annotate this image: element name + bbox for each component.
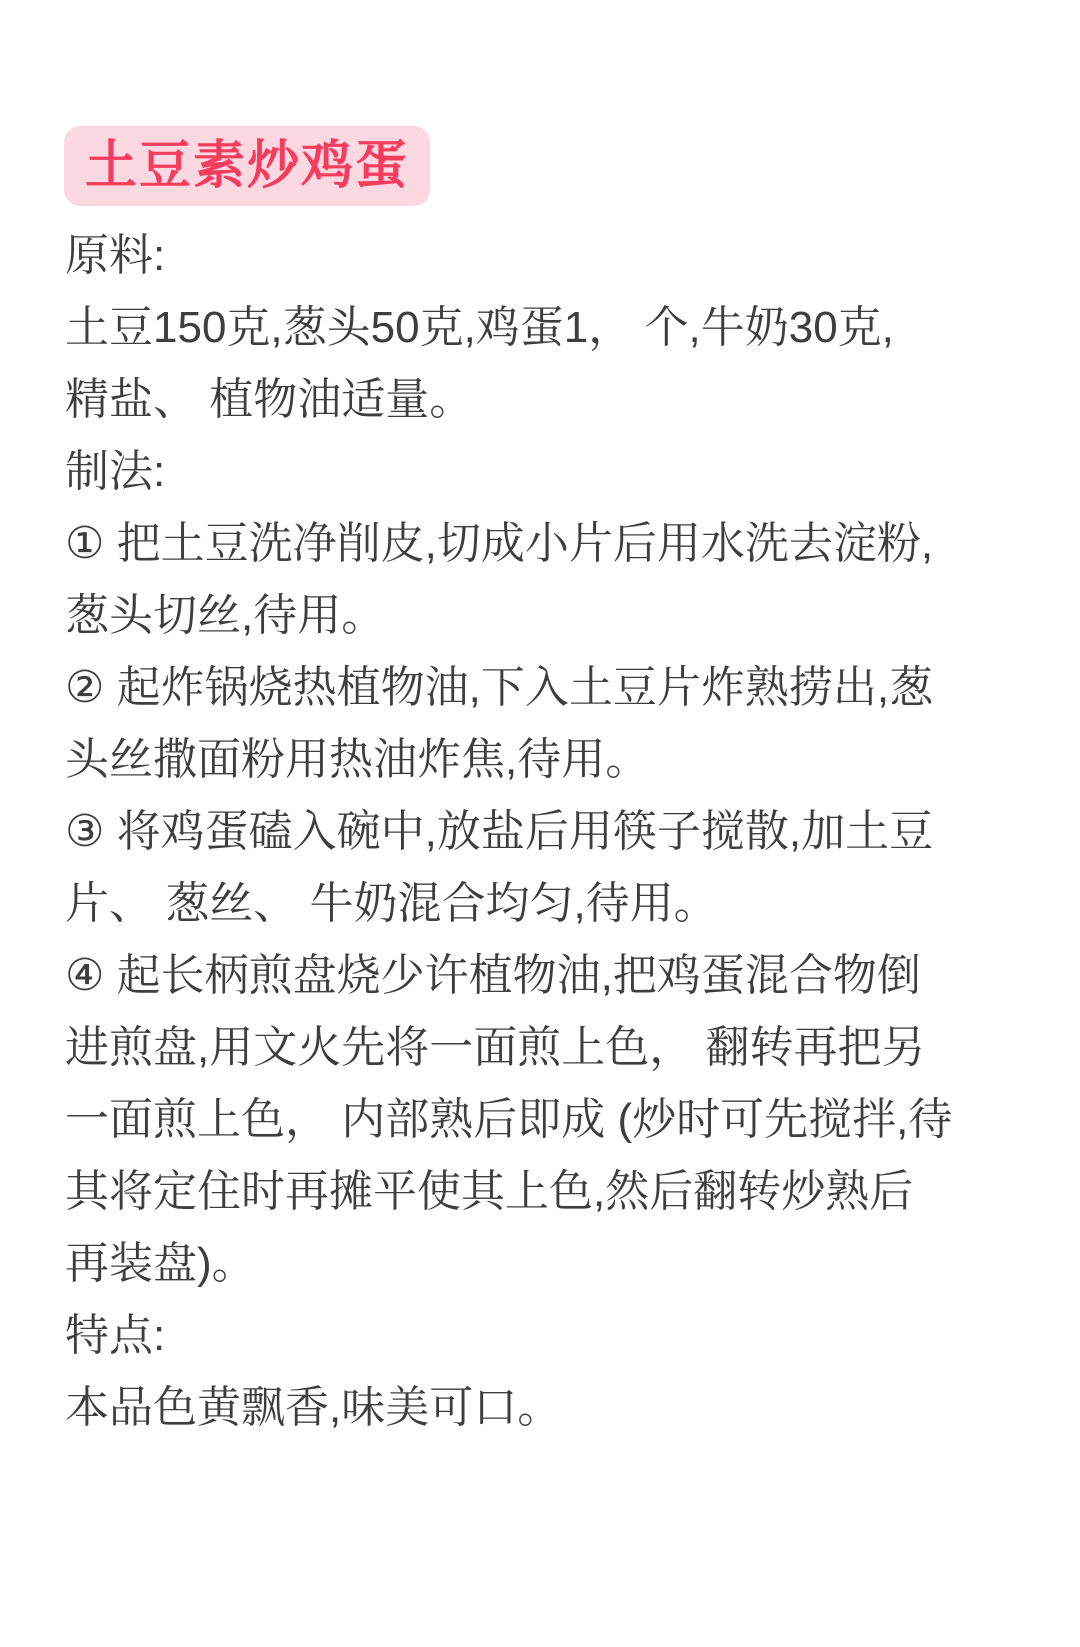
recipe-body: 原料:土豆150克,葱头50克,鸡蛋1， 个,牛奶30克,精盐、 植物油适量。制…: [65, 220, 1025, 1444]
recipe-line: 原料:: [65, 220, 1025, 292]
recipe-line: 进煎盘,用文火先将一面煎上色， 翻转再把另: [65, 1012, 1025, 1084]
recipe-line: ④ 起长柄煎盘烧少许植物油,把鸡蛋混合物倒: [65, 940, 1025, 1012]
recipe-line: 土豆150克,葱头50克,鸡蛋1， 个,牛奶30克,: [65, 292, 1025, 364]
recipe-line: 葱头切丝,待用。: [65, 580, 1025, 652]
recipe-line: 再装盘)。: [65, 1228, 1025, 1300]
recipe-page: 土豆素炒鸡蛋 原料:土豆150克,葱头50克,鸡蛋1， 个,牛奶30克,精盐、 …: [0, 0, 1080, 1647]
recipe-line: 其将定住时再摊平使其上色,然后翻转炒熟后: [65, 1156, 1025, 1228]
recipe-line: 制法:: [65, 436, 1025, 508]
recipe-line: ② 起炸锅烧热植物油,下入土豆片炸熟捞出,葱: [65, 652, 1025, 724]
recipe-line: 本品色黄飘香,味美可口。: [65, 1372, 1025, 1444]
recipe-line: ③ 将鸡蛋磕入碗中,放盐后用筷子搅散,加土豆: [65, 796, 1025, 868]
recipe-line: 精盐、 植物油适量。: [65, 364, 1025, 436]
recipe-line: 一面煎上色， 内部熟后即成 (炒时可先搅拌,待: [65, 1084, 1025, 1156]
recipe-line: 特点:: [65, 1300, 1025, 1372]
recipe-title-container: 土豆素炒鸡蛋: [64, 126, 430, 206]
recipe-line: 头丝撒面粉用热油炸焦,待用。: [65, 724, 1025, 796]
recipe-line: ① 把土豆洗净削皮,切成小片后用水洗去淀粉,: [65, 508, 1025, 580]
recipe-line: 片、 葱丝、 牛奶混合均匀,待用。: [65, 868, 1025, 940]
recipe-title: 土豆素炒鸡蛋: [64, 126, 430, 206]
